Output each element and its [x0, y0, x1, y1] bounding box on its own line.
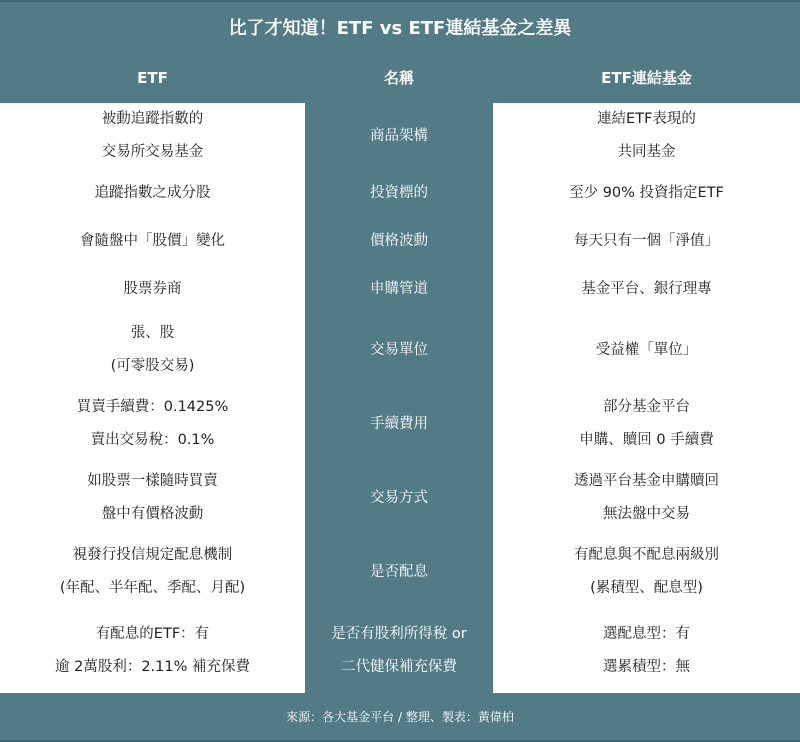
fund-cell-line: 部分基金平台	[603, 391, 690, 424]
etf-cell-line: 賣出交易稅：0.1%	[91, 424, 215, 457]
fund-cell: 至少 90% 投資指定ETF	[493, 169, 800, 217]
table-row: 追蹤指數之成分股投資標的至少 90% 投資指定ETF	[0, 169, 800, 217]
attribute-name-cell-line: 價格波動	[370, 225, 428, 258]
etf-cell: 張、股(可零股交易)	[0, 313, 305, 387]
fund-cell-line: 共同基金	[618, 136, 676, 169]
fund-cell: 選配息型：有選累積型：無	[493, 609, 800, 693]
fund-cell: 有配息與不配息兩級別(累積型、配息型)	[493, 535, 800, 609]
fund-cell-line: 無法盤中交易	[603, 498, 690, 531]
attribute-name-cell: 是否有股利所得稅 or二代健保補充保費	[305, 609, 493, 693]
fund-cell-line: 申購、贖回 0 手續費	[579, 424, 713, 457]
fund-cell-line: 每天只有一個「淨值」	[574, 225, 719, 258]
table-row: 會隨盤中「股價」變化價格波動每天只有一個「淨值」	[0, 217, 800, 265]
fund-cell: 基金平台、銀行理專	[493, 265, 800, 313]
etf-cell-line: 股票券商	[124, 273, 182, 306]
etf-cell-line: (可零股交易)	[111, 350, 195, 383]
fund-cell: 每天只有一個「淨值」	[493, 217, 800, 265]
etf-cell: 如股票一樣隨時買賣盤中有價格波動	[0, 461, 305, 535]
table-row: 被動追蹤指數的交易所交易基金商品架構連結ETF表現的共同基金	[0, 103, 800, 169]
attribute-name-cell-line: 手續費用	[370, 408, 428, 441]
etf-cell-line: 逾 2萬股利：2.11% 補充保費	[55, 651, 250, 684]
fund-cell: 透過平台基金申購贖回無法盤中交易	[493, 461, 800, 535]
table-row: 張、股(可零股交易)交易單位受益權「單位」	[0, 313, 800, 387]
etf-cell-line: 交易所交易基金	[102, 136, 204, 169]
table-row: 有配息的ETF：有逾 2萬股利：2.11% 補充保費是否有股利所得稅 or二代健…	[0, 609, 800, 693]
fund-cell: 部分基金平台申購、贖回 0 手續費	[493, 387, 800, 461]
table-row: 視發行投信規定配息機制(年配、半年配、季配、月配)是否配息有配息與不配息兩級別(…	[0, 535, 800, 609]
fund-cell-line: 受益權「單位」	[596, 334, 698, 367]
fund-cell-line: 選配息型：有	[603, 618, 690, 651]
attribute-name-cell: 是否配息	[305, 535, 493, 609]
etf-cell: 被動追蹤指數的交易所交易基金	[0, 103, 305, 169]
etf-cell-line: 盤中有價格波動	[102, 498, 204, 531]
comparison-table: 被動追蹤指數的交易所交易基金商品架構連結ETF表現的共同基金追蹤指數之成分股投資…	[0, 103, 800, 693]
fund-cell-line: 基金平台、銀行理專	[581, 273, 712, 306]
table-row: 如股票一樣隨時買賣盤中有價格波動交易方式透過平台基金申購贖回無法盤中交易	[0, 461, 800, 535]
fund-cell: 受益權「單位」	[493, 313, 800, 387]
etf-cell-line: 如股票一樣隨時買賣	[87, 465, 218, 498]
attribute-name-cell: 投資標的	[305, 169, 493, 217]
attribute-name-cell: 交易單位	[305, 313, 493, 387]
attribute-name-cell-line: 投資標的	[370, 177, 428, 210]
header-name: 名稱	[305, 52, 493, 103]
fund-cell-line: 有配息與不配息兩級別	[574, 539, 719, 572]
etf-cell-line: 會隨盤中「股價」變化	[80, 225, 225, 258]
attribute-name-cell: 申購管道	[305, 265, 493, 313]
etf-cell-line: 買賣手續費：0.1425%	[77, 391, 229, 424]
attribute-name-cell: 交易方式	[305, 461, 493, 535]
fund-cell-line: 選累積型：無	[603, 651, 690, 684]
etf-cell-line: 有配息的ETF：有	[96, 618, 209, 651]
etf-cell: 股票券商	[0, 265, 305, 313]
table-row: 買賣手續費：0.1425%賣出交易稅：0.1%手續費用部分基金平台申購、贖回 0…	[0, 387, 800, 461]
attribute-name-cell: 手續費用	[305, 387, 493, 461]
attribute-name-cell: 商品架構	[305, 103, 493, 169]
fund-cell-line: 透過平台基金申購贖回	[574, 465, 719, 498]
etf-cell: 追蹤指數之成分股	[0, 169, 305, 217]
table-row: 股票券商申購管道基金平台、銀行理專	[0, 265, 800, 313]
attribute-name-cell-line: 商品架構	[370, 120, 428, 153]
fund-cell-line: 連結ETF表現的	[597, 103, 696, 136]
attribute-name-cell-line: 交易方式	[370, 482, 428, 515]
header-etf-fund: ETF連結基金	[493, 52, 800, 103]
attribute-name-cell-line: 交易單位	[370, 334, 428, 367]
etf-cell: 會隨盤中「股價」變化	[0, 217, 305, 265]
fund-cell: 連結ETF表現的共同基金	[493, 103, 800, 169]
etf-cell-line: 張、股	[131, 317, 175, 350]
etf-cell: 買賣手續費：0.1425%賣出交易稅：0.1%	[0, 387, 305, 461]
attribute-name-cell-line: 是否配息	[370, 556, 428, 589]
fund-cell-line: (累積型、配息型)	[590, 572, 703, 605]
etf-cell: 視發行投信規定配息機制(年配、半年配、季配、月配)	[0, 535, 305, 609]
etf-cell: 有配息的ETF：有逾 2萬股利：2.11% 補充保費	[0, 609, 305, 693]
table-header: ETF 名稱 ETF連結基金	[0, 52, 800, 103]
attribute-name-cell: 價格波動	[305, 217, 493, 265]
attribute-name-cell-line: 二代健保補充保費	[341, 651, 457, 684]
source-footer: 來源：各大基金平台 / 整理、製表：黃偉柏	[0, 693, 800, 742]
fund-cell-line: 至少 90% 投資指定ETF	[569, 177, 724, 210]
etf-cell-line: 視發行投信規定配息機制	[73, 539, 233, 572]
etf-cell-line: 被動追蹤指數的	[102, 103, 204, 136]
page-title: 比了才知道！ETF vs ETF連結基金之差異	[0, 0, 800, 52]
attribute-name-cell-line: 是否有股利所得稅 or	[331, 618, 466, 651]
etf-cell-line: 追蹤指數之成分股	[95, 177, 211, 210]
etf-cell-line: (年配、半年配、季配、月配)	[60, 572, 245, 605]
header-etf: ETF	[0, 52, 305, 103]
attribute-name-cell-line: 申購管道	[370, 273, 428, 306]
